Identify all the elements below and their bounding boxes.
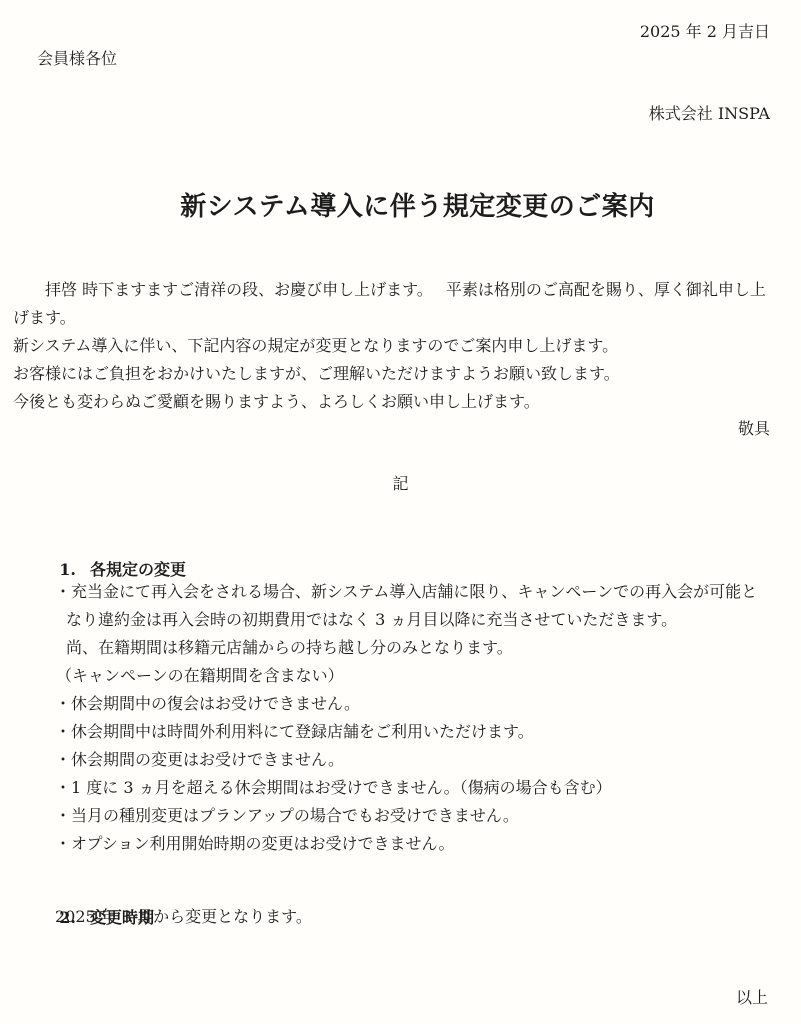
list-item: ・当月の種別変更はプランアップの場合でもお受けできません。	[55, 802, 801, 830]
section-1-item-list: ・充当金にて再入会をされる場合、新システム導入店舗に限り、キャンペーンでの再入会…	[0, 578, 801, 858]
greeting-line: 今後とも変わらぬご愛顧を賜りますよう、よろしくお願い申し上げます。	[13, 388, 766, 416]
end-mark: 以上	[736, 984, 768, 1012]
greeting-line: 新システム導入に伴い、下記内容の規定が変更となりますのでご案内申し上げます。	[13, 332, 766, 360]
greeting-paragraph: 拝啓 時下ますますご清祥の段、お慶び申し上げます。 平素は格別のご高配を賜り、厚…	[13, 276, 766, 416]
section-2-body: 2025 年 3 月から変更となります。	[55, 903, 312, 931]
list-item-continuation: なり違約金は再入会時の初期費用ではなく 3 ヵ月目以降に充当させていただきます。	[66, 606, 801, 634]
sender-company: 株式会社 INSPA	[649, 100, 770, 128]
section-1-title: 各規定の変更	[90, 560, 186, 579]
list-item: ・1 度に 3 ヵ月を超える休会期間はお受けできません。（傷病の場合も含む）	[55, 774, 801, 802]
greeting-line: 拝啓 時下ますますご清祥の段、お慶び申し上げます。 平素は格別のご高配を賜り、厚…	[13, 276, 766, 304]
record-mark: 記	[0, 470, 801, 498]
document-title: 新システム導入に伴う規定変更のご案内	[0, 186, 801, 223]
greeting-line: お客様にはご負担をおかけいたしますが、ご理解いただけますようお願い致します。	[13, 360, 766, 388]
list-item: ・休会期間中の復会はお受けできません。	[55, 690, 801, 718]
list-item: ・休会期間中は時間外利用料にて登録店舗をご利用いただけます。	[55, 718, 801, 746]
list-item-continuation: 尚、在籍期間は移籍元店舗からの持ち越し分のみとなります。	[66, 634, 801, 662]
document-date: 2025 年 2 月吉日	[640, 18, 770, 46]
greeting-line: げます。	[13, 304, 766, 332]
list-item: ・充当金にて再入会をされる場合、新システム導入店舗に限り、キャンペーンでの再入会…	[55, 578, 801, 606]
recipient-line: 会員様各位	[37, 45, 117, 73]
list-item: ・休会期間の変更はお受けできません。	[55, 746, 801, 774]
closing-word: 敬具	[738, 415, 770, 443]
list-item-note: （キャンペーンの在籍期間を含まない）	[56, 662, 801, 690]
list-item: ・オプション利用開始時期の変更はお受けできません。	[55, 830, 801, 858]
document-page: 2025 年 2 月吉日 会員様各位 株式会社 INSPA 新システム導入に伴う…	[0, 0, 801, 1024]
